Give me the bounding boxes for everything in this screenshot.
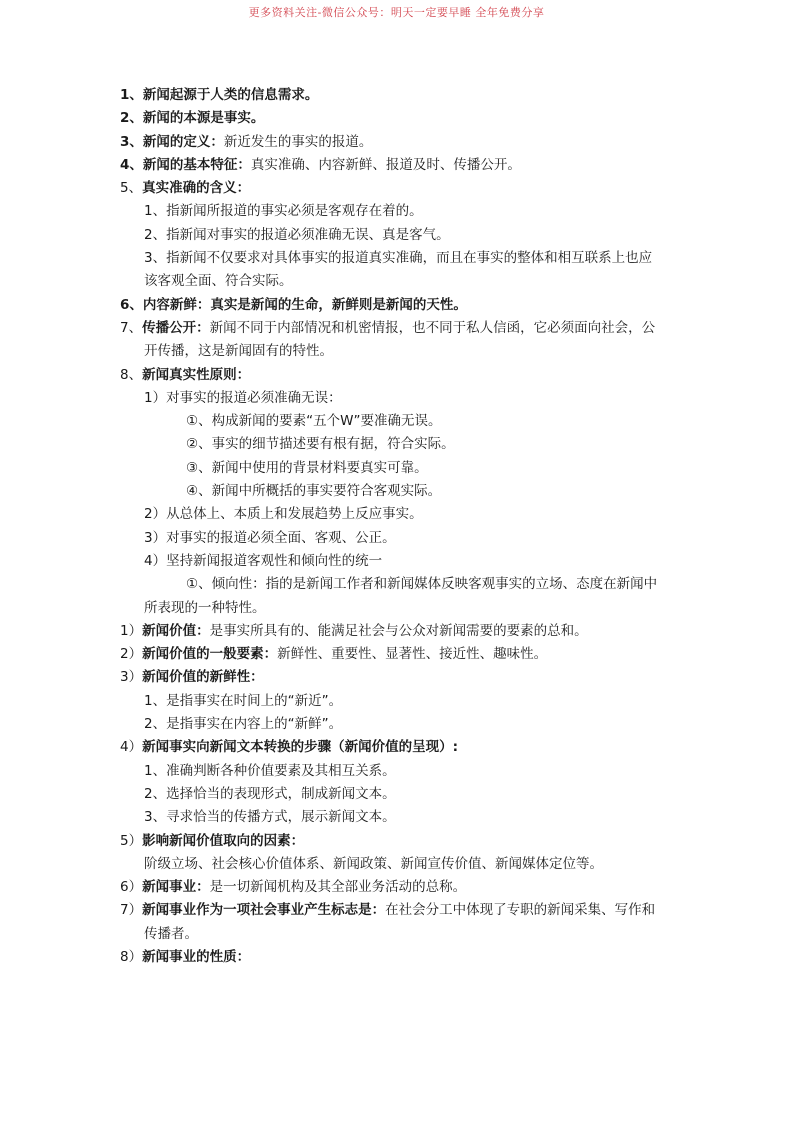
body-text: 阶级立场、社会核心价值体系、新闻政策、新闻宣传价值、新闻媒体定位等。	[144, 856, 603, 872]
body-text: 2、指新闻对事实的报道必须准确无误、真是客气。	[144, 227, 450, 243]
document-line: 7）新闻事业作为一项社会事业产生标志是：在社会分工中体现了专职的新闻采集、写作和	[120, 899, 685, 922]
item-number: 5）	[120, 830, 142, 853]
item-number: 2、	[120, 107, 143, 130]
body-text: 新近发生的事实的报道。	[224, 134, 373, 150]
item-number: 7、	[120, 317, 142, 340]
item-number: 2）	[120, 643, 142, 666]
document-line: 该客观全面、符合实际。	[120, 270, 685, 293]
term-heading: 新闻事业：	[142, 879, 210, 895]
item-number: 6、	[120, 294, 143, 317]
document-line: 阶级立场、社会核心价值体系、新闻政策、新闻宣传价值、新闻媒体定位等。	[120, 853, 685, 876]
document-line: 4）坚持新闻报道客观性和倾向性的统一	[120, 550, 685, 573]
document-line: 1、指新闻所报道的事实必须是客观存在着的。	[120, 200, 685, 223]
term-heading: 新闻价值：	[142, 623, 210, 639]
document-line: 3、指新闻不仅要求对具体事实的报道真实准确，而且在事实的整体和相互联系上也应	[120, 247, 685, 270]
body-text: 新鲜性、重要性、显著性、接近性、趣味性。	[277, 646, 547, 662]
document-line: ④、新闻中所概括的事实要符合客观实际。	[120, 480, 685, 503]
body-text: 3、寻求恰当的传播方式，展示新闻文本。	[144, 809, 396, 825]
document-line: 8、新闻真实性原则：	[120, 364, 685, 387]
document-line: 7、传播公开：新闻不同于内部情况和机密情报，也不同于私人信函，它必须面向社会，公	[120, 317, 685, 340]
document-line: 1）新闻价值：是事实所具有的、能满足社会与公众对新闻需要的要素的总和。	[120, 620, 685, 643]
body-text: 1、指新闻所报道的事实必须是客观存在着的。	[144, 203, 423, 219]
item-number: 4、	[120, 154, 143, 177]
document-line: 1、新闻起源于人类的信息需求。	[120, 84, 685, 107]
document-line: 3、新闻的定义：新近发生的事实的报道。	[120, 131, 685, 154]
document-line: 4、新闻的基本特征：真实准确、内容新鲜、报道及时、传播公开。	[120, 154, 685, 177]
document-line: 2）新闻价值的一般要素：新鲜性、重要性、显著性、接近性、趣味性。	[120, 643, 685, 666]
item-number: 3、	[120, 131, 143, 154]
body-text: 真实准确、内容新鲜、报道及时、传播公开。	[251, 157, 521, 173]
document-line: 所表现的一种特性。	[120, 597, 685, 620]
document-line: 2）从总体上、本质上和发展趋势上反应事实。	[120, 503, 685, 526]
document-line: 2、指新闻对事实的报道必须准确无误、真是客气。	[120, 224, 685, 247]
term-heading: 新闻价值的新鲜性：	[142, 669, 264, 685]
body-text: 是事实所具有的、能满足社会与公众对新闻需要的要素的总和。	[210, 623, 588, 639]
document-line: 1、准确判断各种价值要素及其相互关系。	[120, 760, 685, 783]
body-text: 2、是指事实在内容上的“新鲜”。	[144, 716, 342, 732]
term-heading: 新闻的定义：	[143, 134, 224, 150]
body-text: 传播者。	[144, 926, 198, 942]
body-text: 1）对事实的报道必须准确无误：	[144, 390, 342, 406]
term-heading: 内容新鲜：真实是新闻的生命，新鲜则是新闻的天性。	[143, 297, 467, 313]
term-heading: 新闻的本源是事实。	[143, 110, 265, 126]
document-line: 2、是指事实在内容上的“新鲜”。	[120, 713, 685, 736]
document-line: 8）新闻事业的性质：	[120, 946, 685, 969]
item-number: 8、	[120, 364, 142, 387]
body-text: 3、指新闻不仅要求对具体事实的报道真实准确，而且在事实的整体和相互联系上也应	[144, 250, 652, 266]
term-heading: 影响新闻价值取向的因素：	[142, 833, 304, 849]
item-number: 7）	[120, 899, 142, 922]
document-line: 5、真实准确的含义：	[120, 177, 685, 200]
item-number: 1、	[120, 84, 143, 107]
term-heading: 真实准确的含义：	[142, 180, 250, 196]
body-text: 是一切新闻机构及其全部业务活动的总称。	[210, 879, 467, 895]
document-line: ①、构成新闻的要素“五个W”要准确无误。	[120, 410, 685, 433]
document-line: 3、寻求恰当的传播方式，展示新闻文本。	[120, 806, 685, 829]
body-text: 1、是指事实在时间上的“新近”。	[144, 693, 342, 709]
body-text: 2、选择恰当的表现形式，制成新闻文本。	[144, 786, 396, 802]
body-text: ③、新闻中使用的背景材料要真实可靠。	[186, 460, 428, 476]
document-line: 5）影响新闻价值取向的因素：	[120, 830, 685, 853]
term-heading: 传播公开：	[142, 320, 210, 336]
document-line: 6、内容新鲜：真实是新闻的生命，新鲜则是新闻的天性。	[120, 294, 685, 317]
document-line: ①、倾向性：指的是新闻工作者和新闻媒体反映客观事实的立场、态度在新闻中	[120, 573, 685, 596]
term-heading: 新闻事业的性质：	[142, 949, 250, 965]
body-text: 开传播，这是新闻固有的特性。	[144, 343, 333, 359]
document-line: 1）对事实的报道必须准确无误：	[120, 387, 685, 410]
term-heading: 新闻真实性原则：	[142, 367, 250, 383]
document-line: 传播者。	[120, 923, 685, 946]
item-number: 5、	[120, 177, 142, 200]
document-line: 4）新闻事实向新闻文本转换的步骤（新闻价值的呈现）:	[120, 736, 685, 759]
item-number: 3）	[120, 666, 142, 689]
document-line: ②、事实的细节描述要有根有据，符合实际。	[120, 433, 685, 456]
body-text: ①、倾向性：指的是新闻工作者和新闻媒体反映客观事实的立场、态度在新闻中	[186, 576, 657, 592]
body-text: ④、新闻中所概括的事实要符合客观实际。	[186, 483, 441, 499]
body-text: ①、构成新闻的要素“五个W”要准确无误。	[186, 413, 441, 429]
document-line: 1、是指事实在时间上的“新近”。	[120, 690, 685, 713]
item-number: 1）	[120, 620, 142, 643]
body-text: 1、准确判断各种价值要素及其相互关系。	[144, 763, 396, 779]
term-heading: 新闻事业作为一项社会事业产生标志是：	[142, 902, 385, 918]
document-line: 6）新闻事业：是一切新闻机构及其全部业务活动的总称。	[120, 876, 685, 899]
body-text: 2）从总体上、本质上和发展趋势上反应事实。	[144, 506, 423, 522]
term-heading: 新闻价值的一般要素：	[142, 646, 277, 662]
document-line: 3）对事实的报道必须全面、客观、公正。	[120, 527, 685, 550]
term-heading: 新闻事实向新闻文本转换的步骤（新闻价值的呈现）:	[142, 739, 458, 755]
term-heading: 新闻的基本特征：	[143, 157, 251, 173]
body-text: 3）对事实的报道必须全面、客观、公正。	[144, 530, 396, 546]
document-line: 开传播，这是新闻固有的特性。	[120, 340, 685, 363]
item-number: 4）	[120, 736, 142, 759]
body-text: ②、事实的细节描述要有根有据，符合实际。	[186, 436, 455, 452]
body-text: 新闻不同于内部情况和机密情报，也不同于私人信函，它必须面向社会，公	[210, 320, 656, 336]
watermark-header: 更多资料关注-微信公众号：明天一定要早睡 全年免费分享	[0, 4, 793, 20]
body-text: 该客观全面、符合实际。	[144, 273, 293, 289]
body-text: 4）坚持新闻报道客观性和倾向性的统一	[144, 553, 382, 569]
item-number: 6）	[120, 876, 142, 899]
body-text: 在社会分工中体现了专职的新闻采集、写作和	[385, 902, 655, 918]
document-body: 1、新闻起源于人类的信息需求。2、新闻的本源是事实。3、新闻的定义：新近发生的事…	[120, 84, 685, 969]
body-text: 所表现的一种特性。	[144, 600, 266, 616]
term-heading: 新闻起源于人类的信息需求。	[143, 87, 319, 103]
item-number: 8）	[120, 946, 142, 969]
document-line: ③、新闻中使用的背景材料要真实可靠。	[120, 457, 685, 480]
document-line: 3）新闻价值的新鲜性：	[120, 666, 685, 689]
document-line: 2、新闻的本源是事实。	[120, 107, 685, 130]
document-line: 2、选择恰当的表现形式，制成新闻文本。	[120, 783, 685, 806]
